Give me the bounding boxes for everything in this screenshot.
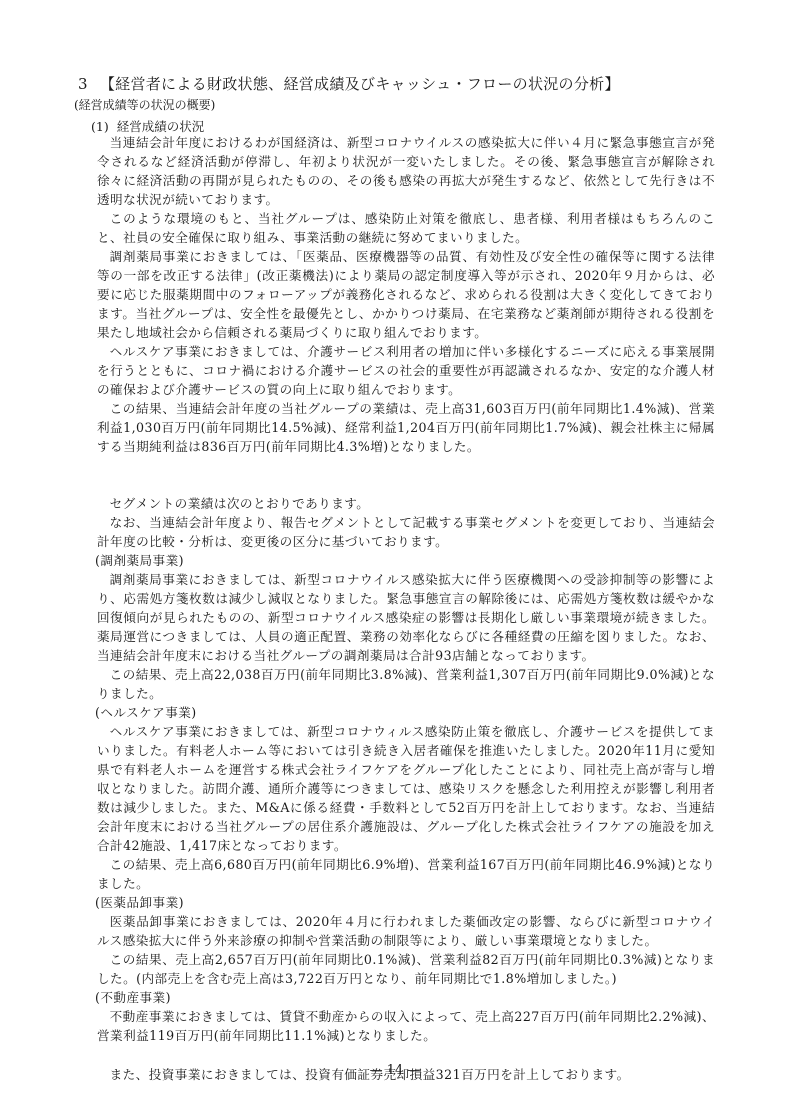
- spacer: [97, 1045, 715, 1065]
- segment-text-healthcare: ヘルスケア事業におきましては、新型コロナウィルス感染防止策を徹底し、介護サービス…: [97, 722, 715, 855]
- segment-text-realestate: 不動産事業におきましては、賃貸不動産からの収入によって、売上高227百万円(前年…: [97, 1007, 715, 1045]
- section-heading: 3【経営者による財政状態、経営成績及びキャッシュ・フローの状況の分析】: [78, 73, 620, 94]
- segment-result-wholesale: この結果、売上高2,657百万円(前年同期比0.1%減)、営業利益82百万円(前…: [97, 950, 715, 988]
- segment-result-healthcare: この結果、売上高6,680百万円(前年同期比6.9%増)、営業利益167百万円(…: [97, 855, 715, 893]
- paragraph-consolidated-results: この結果、当連結会計年度の当社グループの業績は、売上高31,603百万円(前年同…: [97, 399, 715, 456]
- segment-label-dispensing: (調剤薬局事業): [95, 551, 715, 570]
- body-text: 当連結会計年度におけるわが国経済は、新型コロナウイルスの感染拡大に伴い４月に緊急…: [97, 133, 715, 1084]
- section-title: 【経営者による財政状態、経営成績及びキャッシュ・フローの状況の分析】: [100, 75, 620, 93]
- segment-label-wholesale: (医薬品卸事業): [95, 893, 715, 912]
- segment-label-healthcare: (ヘルスケア事業): [95, 703, 715, 722]
- subsection-number: (1): [91, 119, 109, 134]
- segment-label-realestate: (不動産事業): [95, 988, 715, 1007]
- paragraph-segment-intro: セグメントの業績は次のとおりであります。: [97, 494, 715, 513]
- page-number: — 14 —: [0, 1063, 790, 1078]
- paragraph-healthcare-overview: ヘルスケア事業におきましては、介護サービス利用者の増加に伴い多様化するニーズに応…: [97, 342, 715, 399]
- segment-result-dispensing: この結果、売上高22,038百万円(前年同期比3.8%減)、営業利益1,307百…: [97, 665, 715, 703]
- paragraph-environment: このような環境のもと、当社グループは、感染防止対策を徹底し、患者様、利用者様はも…: [97, 209, 715, 247]
- segment-text-wholesale: 医薬品卸事業におきましては、2020年４月に行われました薬価改定の影響、ならびに…: [97, 912, 715, 950]
- segment-text-dispensing: 調剤薬局事業におきましては、新型コロナウイルス感染拡大に伴う医療機関への受診抑制…: [97, 570, 715, 665]
- paragraph-economy: 当連結会計年度におけるわが国経済は、新型コロナウイルスの感染拡大に伴い４月に緊急…: [97, 133, 715, 209]
- spacer: [97, 456, 715, 494]
- paragraph-dispensing-overview: 調剤薬局事業におきましては、「医薬品、医療機器等の品質、有効性及び安全性の確保等…: [97, 247, 715, 342]
- subheading: (経営成績等の状況の概要): [74, 96, 215, 113]
- subsection-title: 経営成績の状況: [117, 119, 205, 134]
- document-page: 3【経営者による財政状態、経営成績及びキャッシュ・フローの状況の分析】 (経営成…: [0, 0, 790, 1117]
- section-number: 3: [78, 75, 88, 93]
- paragraph-segment-change: なお、当連結会計年度より、報告セグメントとして記載する事業セグメントを変更してお…: [97, 513, 715, 551]
